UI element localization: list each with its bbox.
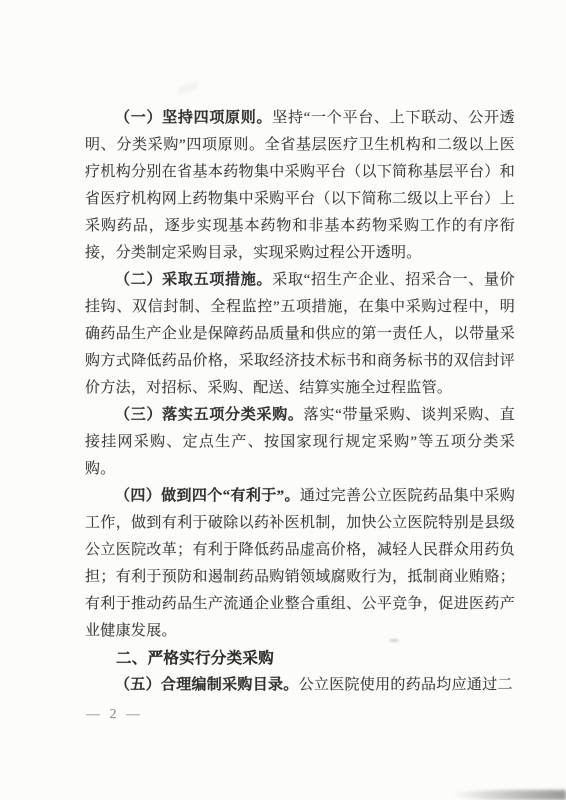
paragraph: （一）坚持四项原则。坚持“一个平台、上下联动、公开透明、分类采购”四项原则。全省…	[85, 105, 515, 267]
paragraph-lead: （二）采取五项措施。	[115, 272, 272, 288]
paragraph-lead: （三）落实五项分类采购。	[115, 407, 304, 423]
document-body: （一）坚持四项原则。坚持“一个平台、上下联动、公开透明、分类采购”四项原则。全省…	[85, 105, 515, 699]
paragraph-lead: （一）坚持四项原则。	[115, 110, 272, 126]
paragraph-text: 采取“招生产企业、招采合一、量价挂钩、双信封制、全程监控”五项措施，在集中采购过…	[85, 272, 515, 396]
paragraph-text: 通过完善公立医院药品集中采购工作，做到有利于破除以药补医机制，加快公立医院特别是…	[85, 488, 515, 639]
paragraph-lead: （五）合理编制采购目录。	[115, 677, 299, 693]
paragraph: （二）采取五项措施。采取“招生产企业、招采合一、量价挂钩、双信封制、全程监控”五…	[85, 267, 515, 402]
paragraph: （四）做到四个“有利于”。通过完善公立医院药品集中采购工作，做到有利于破除以药补…	[85, 483, 515, 645]
section-heading: 二、严格实行分类采购	[85, 645, 515, 672]
scan-corner-shadow	[450, 790, 566, 800]
paragraph: （五）合理编制采购目录。公立医院使用的药品均应通过二	[85, 672, 515, 699]
section-heading-text: 二、严格实行分类采购	[116, 650, 274, 667]
page-number: — 2 —	[86, 705, 143, 725]
paragraph-text: 公立医院使用的药品均应通过二	[299, 677, 513, 693]
scan-smudge-mid	[389, 639, 399, 642]
scanned-document-page: （一）坚持四项原则。坚持“一个平台、上下联动、公开透明、分类采购”四项原则。全省…	[0, 0, 566, 800]
paragraph-text: 坚持“一个平台、上下联动、公开透明、分类采购”四项原则。全省基层医疗卫生机构和二…	[85, 110, 515, 261]
paragraph: （三）落实五项分类采购。落实“带量采购、谈判采购、直接挂网采购、定点生产、按国家…	[85, 402, 515, 483]
scan-smudge-top	[175, 80, 200, 95]
paragraph-lead: （四）做到四个“有利于”。	[115, 488, 300, 504]
